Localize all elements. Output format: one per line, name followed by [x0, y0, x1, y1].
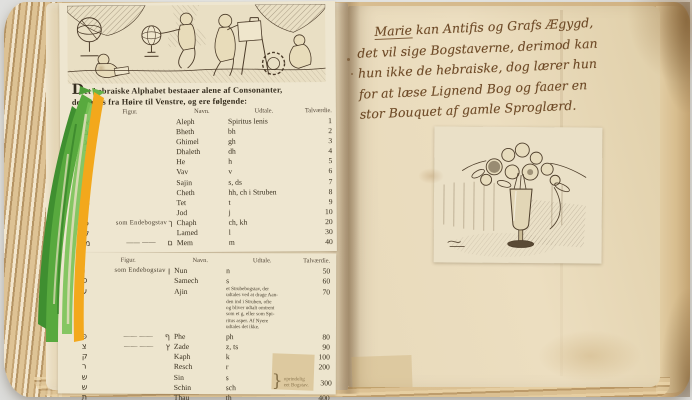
hebrew-final-letter: ף [165, 332, 170, 342]
letter-name: Lamed [177, 228, 229, 238]
book-photo: Det hebraiske Alphabet bestaaer alene af… [0, 0, 692, 400]
header-navn: Navn. [176, 108, 228, 115]
header-navn: Navn. [174, 257, 226, 264]
pronunciation: r [226, 363, 298, 373]
letter-name: Cheth [176, 187, 228, 197]
numeric-value: 20 [301, 217, 333, 227]
flower-engraving [434, 126, 603, 263]
letter-name: Bheth [176, 127, 228, 137]
sin-schin-group: ש Sin s ש Schin sch } oprindelig eet Bog… [60, 372, 332, 393]
numeric-value: 300 [300, 378, 332, 387]
numeric-value: 9 [300, 197, 332, 207]
letter-name: Zade [174, 342, 226, 352]
letter-name: Chaph [177, 218, 229, 228]
letter-name: Nun [174, 266, 226, 276]
putti-engraving [67, 4, 326, 84]
endebogstav-note: som Endebogstav [112, 266, 168, 276]
pronunciation: dh [228, 147, 300, 158]
numeric-value: 70 [298, 287, 330, 298]
hebrew-final-letter: ץ [166, 342, 170, 352]
letter-name: Sin [174, 372, 226, 382]
numeric-value: 3 [300, 136, 332, 146]
figur-note-cell: som Endebogstav ן [102, 266, 174, 276]
letter-name: Vav [176, 167, 228, 177]
letter-name: He [176, 157, 228, 167]
hebrew-letter: ש [82, 382, 102, 392]
figur-note-cell [104, 132, 176, 133]
pronunciation: k [226, 352, 298, 362]
pronunciation: ph [226, 332, 298, 342]
figur-note-cell [105, 213, 177, 214]
letter-name: Ajin [174, 286, 226, 297]
numeric-value: 8 [300, 187, 332, 197]
figur-note-cell: som Endebogstav ך [105, 218, 177, 229]
pronunciation: s [226, 276, 298, 286]
pronunciation: Spiritus lenis [228, 116, 300, 127]
figur-note-cell [104, 163, 176, 164]
hebrew-letter: ק [82, 352, 102, 362]
pronunciation: hh, ch i Struben [228, 187, 300, 198]
underlined-word: Marie [374, 22, 412, 40]
palm-leaf-painting [24, 84, 106, 350]
hebrew-final-letter: ך [168, 218, 172, 228]
numeric-value: 80 [298, 333, 330, 343]
page-heading: Det hebraiske Alphabet bestaaer alene af… [72, 83, 330, 108]
figur-note-cell: —— —— ם [105, 238, 177, 249]
table-row: ת Thau th 400 [60, 392, 332, 400]
figur-note-cell: —— —— ץ [102, 342, 174, 352]
numeric-value: 400 [298, 393, 330, 400]
figur-note-cell [104, 122, 176, 123]
hebrew-final-letter: ן [168, 266, 170, 276]
pronunciation: l [229, 227, 301, 238]
numeric-value: 40 [301, 237, 333, 247]
letter-name: Schin [174, 383, 226, 393]
brace-glyph: } [272, 371, 283, 391]
pronunciation: th [226, 393, 298, 400]
numeric-value: 50 [298, 266, 330, 276]
letter-name: Kaph [174, 352, 226, 362]
letter-name: Dhaleth [176, 147, 228, 157]
book-gutter [336, 2, 360, 394]
hebrew-letter: ש [82, 372, 102, 382]
header-udtale: Udtale. [226, 257, 298, 264]
pronunciation: gh [228, 136, 300, 147]
letter-name: Aleph [176, 117, 228, 127]
letter-name: Sajin [176, 177, 228, 187]
pronunciation: h [228, 157, 300, 168]
numeric-value: 7 [300, 177, 332, 187]
letter-name: Samech [174, 276, 226, 286]
endebogstav-note: som Endebogstav [115, 218, 169, 228]
ditto-marks: —— —— [112, 342, 166, 352]
ajin-pronunciation-note: et Strubebogstav, der udtales ved at dra… [226, 286, 298, 330]
note-line: udtales det ikke. [226, 324, 298, 331]
numeric-value: 6 [300, 167, 332, 177]
pronunciation: bh [228, 126, 300, 137]
figur-note-cell [104, 193, 176, 194]
numeric-value: 5 [300, 156, 332, 166]
pronunciation: z, ts [226, 342, 298, 352]
pronunciation: s, ds [228, 177, 300, 188]
pronunciation: ch, kh [229, 217, 301, 228]
figur-note-cell [104, 173, 176, 174]
bouquet-in-glass-drawing [434, 126, 603, 263]
figur-note-cell [104, 142, 176, 143]
pronunciation: t [228, 197, 300, 208]
figur-note-cell [104, 183, 176, 184]
letter-name: Phe [174, 332, 226, 342]
numeric-value: 60 [298, 276, 330, 286]
letter-name: Jod [177, 208, 229, 218]
hebrew-final-letter: ם [167, 238, 172, 248]
ditto-marks: —— —— [112, 332, 165, 342]
numeric-value: 2 [300, 126, 332, 136]
figur-note-cell [105, 233, 177, 234]
numeric-value: 90 [298, 343, 330, 353]
letter-name: Resch [174, 362, 226, 372]
header-talvaerdie: Talværdie. [298, 257, 330, 264]
hebrew-letter: ר [82, 362, 102, 372]
numeric-value: 200 [298, 363, 330, 373]
pronunciation: n [226, 266, 298, 276]
pronunciation: m [229, 237, 301, 248]
numeric-value: 4 [300, 146, 332, 156]
letter-name: Ghimel [176, 137, 228, 147]
figur-note-cell: —— —— ף [102, 332, 174, 342]
letter-name: Mem [177, 238, 229, 248]
figur-note-cell [104, 152, 176, 153]
pronunciation: v [228, 167, 300, 178]
figur-note-cell [105, 203, 177, 204]
header-talvaerdie: Talværdie. [300, 107, 332, 114]
numeric-value: 10 [301, 207, 333, 217]
pronunciation: j [229, 207, 301, 218]
numeric-value: 30 [301, 227, 333, 237]
endebogstav-note: —— —— [115, 238, 168, 248]
numeric-value: 1 [300, 116, 332, 126]
letter-name: Thau [174, 393, 226, 400]
header-udtale: Udtale. [228, 107, 300, 115]
hebrew-letter: ת [82, 392, 102, 400]
letter-name: Tet [176, 198, 228, 208]
handwriting-block: Marie kan Antifis og Grafs Ægygd, det vi… [356, 9, 682, 125]
numeric-value: 100 [298, 353, 330, 363]
